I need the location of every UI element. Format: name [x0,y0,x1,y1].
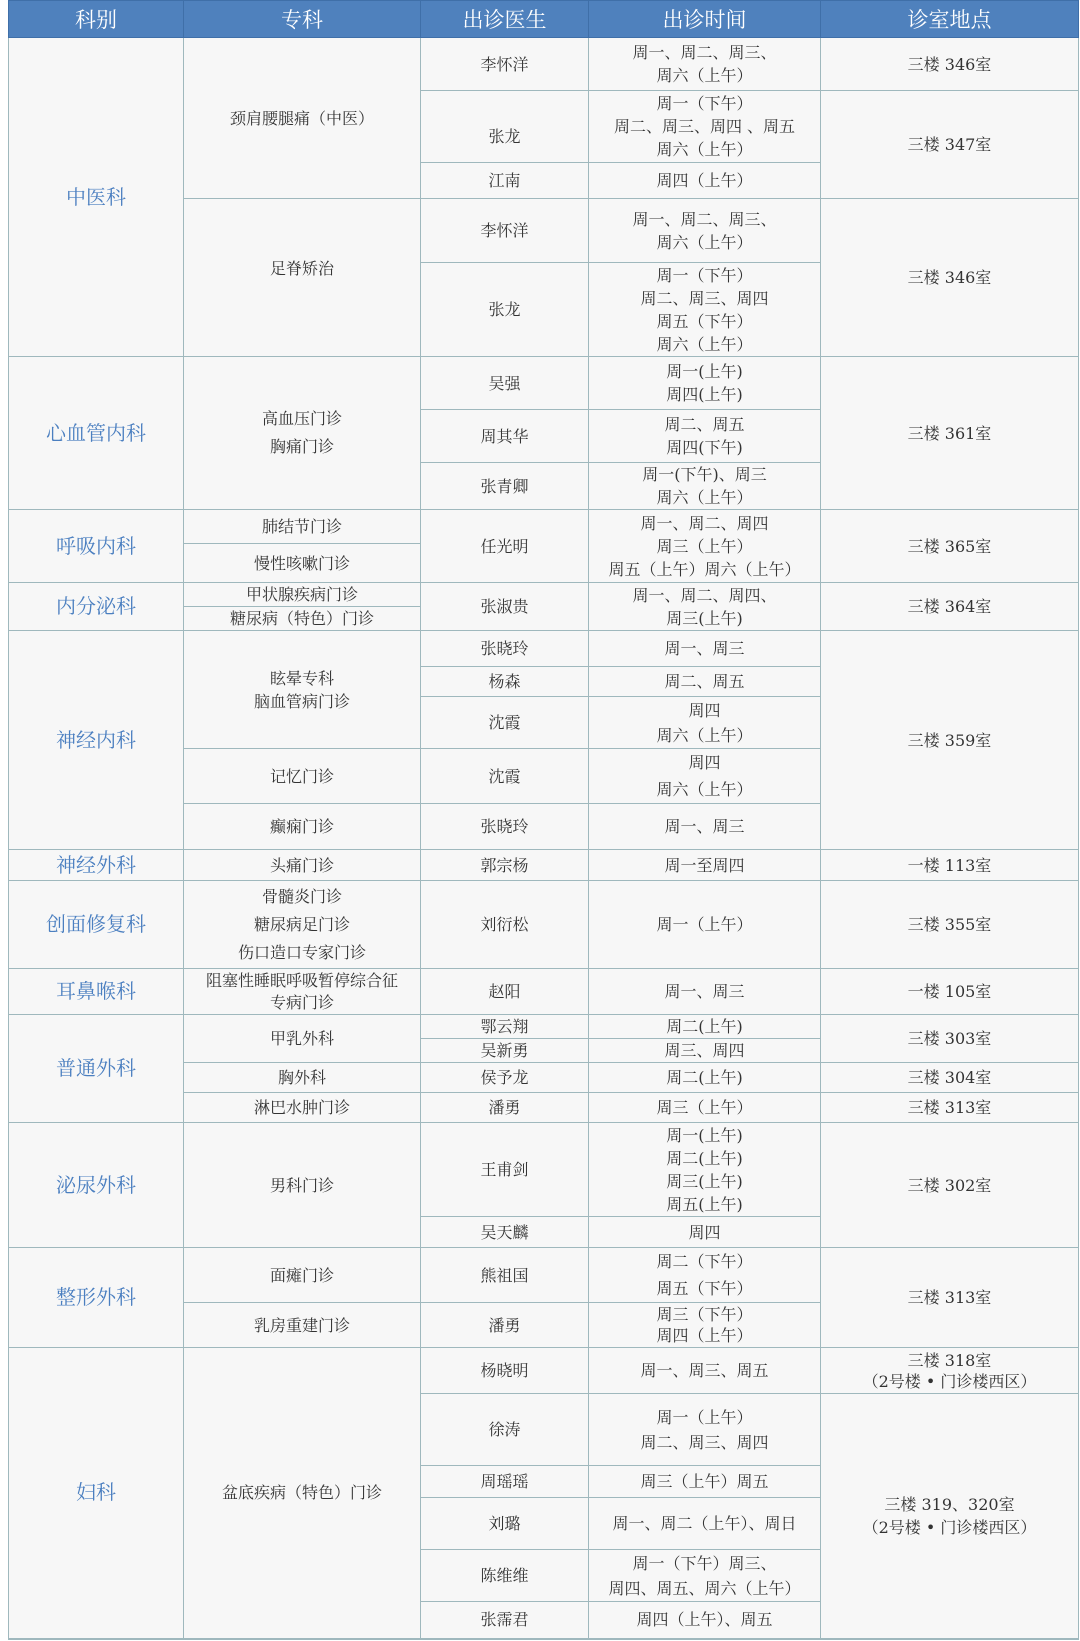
time-cell: 周三（下午）周四（上午） [589,1303,821,1348]
time-cell: 周四 [589,1217,821,1248]
time-cell: 周三（上午）周五 [589,1466,821,1498]
time-cell: 周四周六（上午） [589,749,821,804]
table-row: 普通外科 甲乳外科 鄂云翔 周二(上午) 三楼 303室 [9,1015,1079,1039]
specialty-cell: 肺结节门诊 [184,510,421,544]
department-cell: 泌尿外科 [9,1123,184,1248]
doctor-cell: 张龙 [421,263,589,357]
room-cell: 三楼 365室 [821,510,1079,583]
table-row: 神经外科 头痛门诊 郭宗杨 周一至周四 一楼 113室 [9,850,1079,881]
table-row: 创面修复科 骨髓炎门诊糖尿病足门诊伤口造口专家门诊 刘衍松 周一（上午） 三楼 … [9,881,1079,969]
room-cell: 三楼 303室 [821,1015,1079,1063]
doctor-cell: 熊祖国 [421,1248,589,1303]
clinic-schedule: 科别 专科 出诊医生 出诊时间 诊室地点 中医科 颈肩腰腿痛（中医） 李怀洋 周… [8,0,1078,1640]
department-cell: 妇科 [9,1348,184,1639]
doctor-cell: 江南 [421,163,589,199]
doctor-cell: 刘衍松 [421,881,589,969]
doctor-cell: 周其华 [421,410,589,463]
doctor-cell: 杨晓明 [421,1348,589,1394]
time-cell: 周一、周二、周三、周六（上午） [589,199,821,263]
time-cell: 周一、周三 [589,631,821,667]
time-cell: 周一、周二、周三、周六（上午） [589,38,821,91]
time-cell: 周一(上午)周四(上午) [589,357,821,410]
table-row: 内分泌科 甲状腺疾病门诊 张淑贵 周一、周二、周四、周三(上午) 三楼 364室 [9,583,1079,607]
time-cell: 周一（下午）周三、周四、周五、周六（上午） [589,1550,821,1602]
room-cell: 一楼 105室 [821,969,1079,1015]
doctor-cell: 张龙 [421,91,589,163]
time-cell: 周一(上午)周二(上午)周三(上午)周五(上午) [589,1123,821,1217]
specialty-cell: 淋巴水肿门诊 [184,1093,421,1123]
doctor-cell: 郭宗杨 [421,850,589,881]
doctor-cell: 李怀洋 [421,199,589,263]
specialty-cell: 眩晕专科脑血管病门诊 [184,631,421,749]
clinic-schedule-table: 科别 专科 出诊医生 出诊时间 诊室地点 中医科 颈肩腰腿痛（中医） 李怀洋 周… [8,0,1079,1640]
table-row: 妇科 盆底疾病（特色）门诊 杨晓明 周一、周三、周五 三楼 318室（2号楼 •… [9,1348,1079,1394]
time-cell: 周一、周三 [589,804,821,850]
doctor-cell: 潘勇 [421,1093,589,1123]
specialty-cell: 甲乳外科 [184,1015,421,1063]
room-cell: 三楼 361室 [821,357,1079,510]
column-header-specialty: 专科 [184,1,421,38]
room-cell: 三楼 346室 [821,199,1079,357]
time-cell: 周一、周二（上午）、周日 [589,1498,821,1550]
column-header-time: 出诊时间 [589,1,821,38]
doctor-cell: 任光明 [421,510,589,583]
doctor-cell: 刘璐 [421,1498,589,1550]
column-header-room: 诊室地点 [821,1,1079,38]
specialty-cell: 男科门诊 [184,1123,421,1248]
time-cell: 周二(上午) [589,1063,821,1093]
time-cell: 周一（上午）周二、周三、周四 [589,1394,821,1466]
room-cell: 三楼 313室 [821,1248,1079,1348]
table-row: 泌尿外科 男科门诊 王甫剑 周一(上午)周二(上午)周三(上午)周五(上午) 三… [9,1123,1079,1217]
doctor-cell: 杨森 [421,667,589,697]
specialty-cell: 甲状腺疾病门诊 [184,583,421,607]
room-cell: 一楼 113室 [821,850,1079,881]
room-cell: 三楼 359室 [821,631,1079,850]
table-row: 中医科 颈肩腰腿痛（中医） 李怀洋 周一、周二、周三、周六（上午） 三楼 346… [9,38,1079,91]
room-cell: 三楼 355室 [821,881,1079,969]
doctor-cell: 吴新勇 [421,1039,589,1063]
time-cell: 周一、周三 [589,969,821,1015]
table-row: 整形外科 面瘫门诊 熊祖国 周二（下午）周五（下午） 三楼 313室 [9,1248,1079,1303]
department-cell: 神经内科 [9,631,184,850]
department-cell: 整形外科 [9,1248,184,1348]
time-cell: 周四（上午）、周五 [589,1602,821,1639]
time-cell: 周一（下午）周二、周三、周四 、周五周六（上午） [589,91,821,163]
specialty-cell: 足脊矫治 [184,199,421,357]
room-cell: 三楼 364室 [821,583,1079,631]
doctor-cell: 吴天麟 [421,1217,589,1248]
time-cell: 周一、周二、周四、周三(上午) [589,583,821,631]
doctor-cell: 赵阳 [421,969,589,1015]
room-cell: 三楼 319、320室（2号楼 • 门诊楼西区） [821,1394,1079,1639]
time-cell: 周三、周四 [589,1039,821,1063]
doctor-cell: 张霈君 [421,1602,589,1639]
specialty-cell: 胸外科 [184,1063,421,1093]
column-header-doctor: 出诊医生 [421,1,589,38]
specialty-cell: 阻塞性睡眠呼吸暂停综合征专病门诊 [184,969,421,1015]
doctor-cell: 鄂云翔 [421,1015,589,1039]
doctor-cell: 王甫剑 [421,1123,589,1217]
doctor-cell: 沈霞 [421,697,589,749]
time-cell: 周二（下午）周五（下午） [589,1248,821,1303]
time-cell: 周一(下午)、周三周六（上午） [589,463,821,510]
table-row: 耳鼻喉科 阻塞性睡眠呼吸暂停综合征专病门诊 赵阳 周一、周三 一楼 105室 [9,969,1079,1015]
specialty-cell: 颈肩腰腿痛（中医） [184,38,421,199]
room-cell: 三楼 302室 [821,1123,1079,1248]
time-cell: 周一、周三、周五 [589,1348,821,1394]
time-cell: 周二(上午) [589,1015,821,1039]
time-cell: 周一（下午）周二、周三、周四周五（下午）周六（上午） [589,263,821,357]
time-cell: 周四（上午） [589,163,821,199]
specialty-cell: 记忆门诊 [184,749,421,804]
specialty-cell: 面瘫门诊 [184,1248,421,1303]
doctor-cell: 徐涛 [421,1394,589,1466]
department-cell: 心血管内科 [9,357,184,510]
specialty-cell: 骨髓炎门诊糖尿病足门诊伤口造口专家门诊 [184,881,421,969]
time-cell: 周一、周二、周四周三（上午）周五（上午）周六（上午） [589,510,821,583]
time-cell: 周二、周五周四(下午) [589,410,821,463]
specialty-cell: 盆底疾病（特色）门诊 [184,1348,421,1639]
time-cell: 周四周六（上午） [589,697,821,749]
department-cell: 普通外科 [9,1015,184,1123]
specialty-cell: 头痛门诊 [184,850,421,881]
department-cell: 神经外科 [9,850,184,881]
specialty-cell: 乳房重建门诊 [184,1303,421,1348]
table-header-row: 科别 专科 出诊医生 出诊时间 诊室地点 [9,1,1079,38]
room-cell: 三楼 304室 [821,1063,1079,1093]
column-header-department: 科别 [9,1,184,38]
doctor-cell: 张晓玲 [421,804,589,850]
doctor-cell: 侯予龙 [421,1063,589,1093]
department-cell: 耳鼻喉科 [9,969,184,1015]
room-cell: 三楼 318室（2号楼 • 门诊楼西区） [821,1348,1079,1394]
table-row: 呼吸内科 肺结节门诊 任光明 周一、周二、周四周三（上午）周五（上午）周六（上午… [9,510,1079,544]
doctor-cell: 沈霞 [421,749,589,804]
specialty-cell: 高血压门诊胸痛门诊 [184,357,421,510]
doctor-cell: 吴强 [421,357,589,410]
department-cell: 中医科 [9,38,184,357]
department-cell: 呼吸内科 [9,510,184,583]
time-cell: 周一（上午） [589,881,821,969]
specialty-cell: 糖尿病（特色）门诊 [184,607,421,631]
room-cell: 三楼 313室 [821,1093,1079,1123]
time-cell: 周二、周五 [589,667,821,697]
table-row: 神经内科 眩晕专科脑血管病门诊 张晓玲 周一、周三 三楼 359室 [9,631,1079,667]
specialty-cell: 慢性咳嗽门诊 [184,544,421,583]
room-cell: 三楼 347室 [821,91,1079,199]
doctor-cell: 潘勇 [421,1303,589,1348]
doctor-cell: 张青卿 [421,463,589,510]
table-row: 心血管内科 高血压门诊胸痛门诊 吴强 周一(上午)周四(上午) 三楼 361室 [9,357,1079,410]
doctor-cell: 陈维维 [421,1550,589,1602]
specialty-cell: 癫痫门诊 [184,804,421,850]
doctor-cell: 李怀洋 [421,38,589,91]
department-cell: 创面修复科 [9,881,184,969]
doctor-cell: 张淑贵 [421,583,589,631]
room-cell: 三楼 346室 [821,38,1079,91]
doctor-cell: 张晓玲 [421,631,589,667]
department-cell: 内分泌科 [9,583,184,631]
time-cell: 周三（上午） [589,1093,821,1123]
doctor-cell: 周瑶瑶 [421,1466,589,1498]
time-cell: 周一至周四 [589,850,821,881]
